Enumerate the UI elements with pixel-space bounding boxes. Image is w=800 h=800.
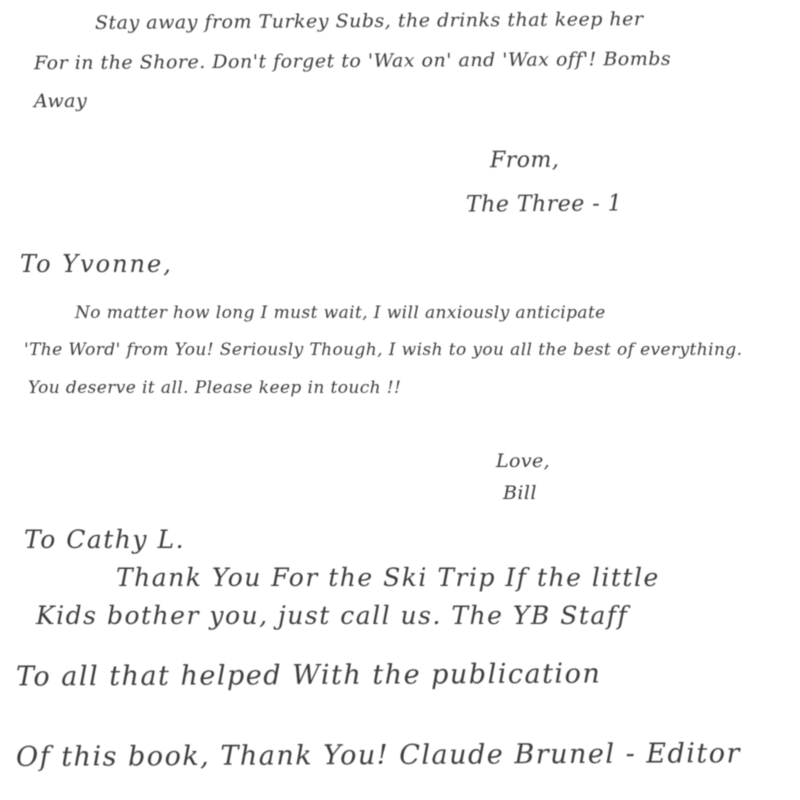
scanned-handwritten-page: Stay away from Turkey Subs, the drinks t…: [0, 0, 800, 800]
yvonne-message-line-1: No matter how long I must wait, I will a…: [75, 303, 606, 323]
shore-message-signature: The Three - 1: [466, 191, 622, 217]
shore-message-signoff: From,: [490, 148, 560, 173]
cathy-message-salutation: To Cathy L.: [24, 525, 185, 554]
cathy-message-line-2: Kids bother you, just call us. The YB St…: [36, 601, 628, 630]
yvonne-message-signature: Bill: [503, 482, 537, 504]
yvonne-message-line-3: You deserve it all. Please keep in touch…: [28, 378, 401, 398]
yvonne-message-line-2: 'The Word' from You! Seriously Though, I…: [24, 340, 742, 360]
shore-message-line-2: For in the Shore. Don't forget to 'Wax o…: [34, 48, 671, 74]
yvonne-message-salutation: To Yvonne,: [20, 250, 173, 278]
shore-message-line-1: Stay away from Turkey Subs, the drinks t…: [95, 8, 644, 34]
yvonne-message-signoff: Love,: [496, 450, 550, 472]
editor-message-line-2: Of this book, Thank You! Claude Brunel -…: [16, 738, 741, 773]
editor-message-line-1: To all that helped With the publication: [16, 658, 601, 692]
cathy-message-line-1: Thank You For the Ski Trip If the little: [116, 563, 660, 592]
shore-message-line-3: Away: [34, 90, 87, 112]
